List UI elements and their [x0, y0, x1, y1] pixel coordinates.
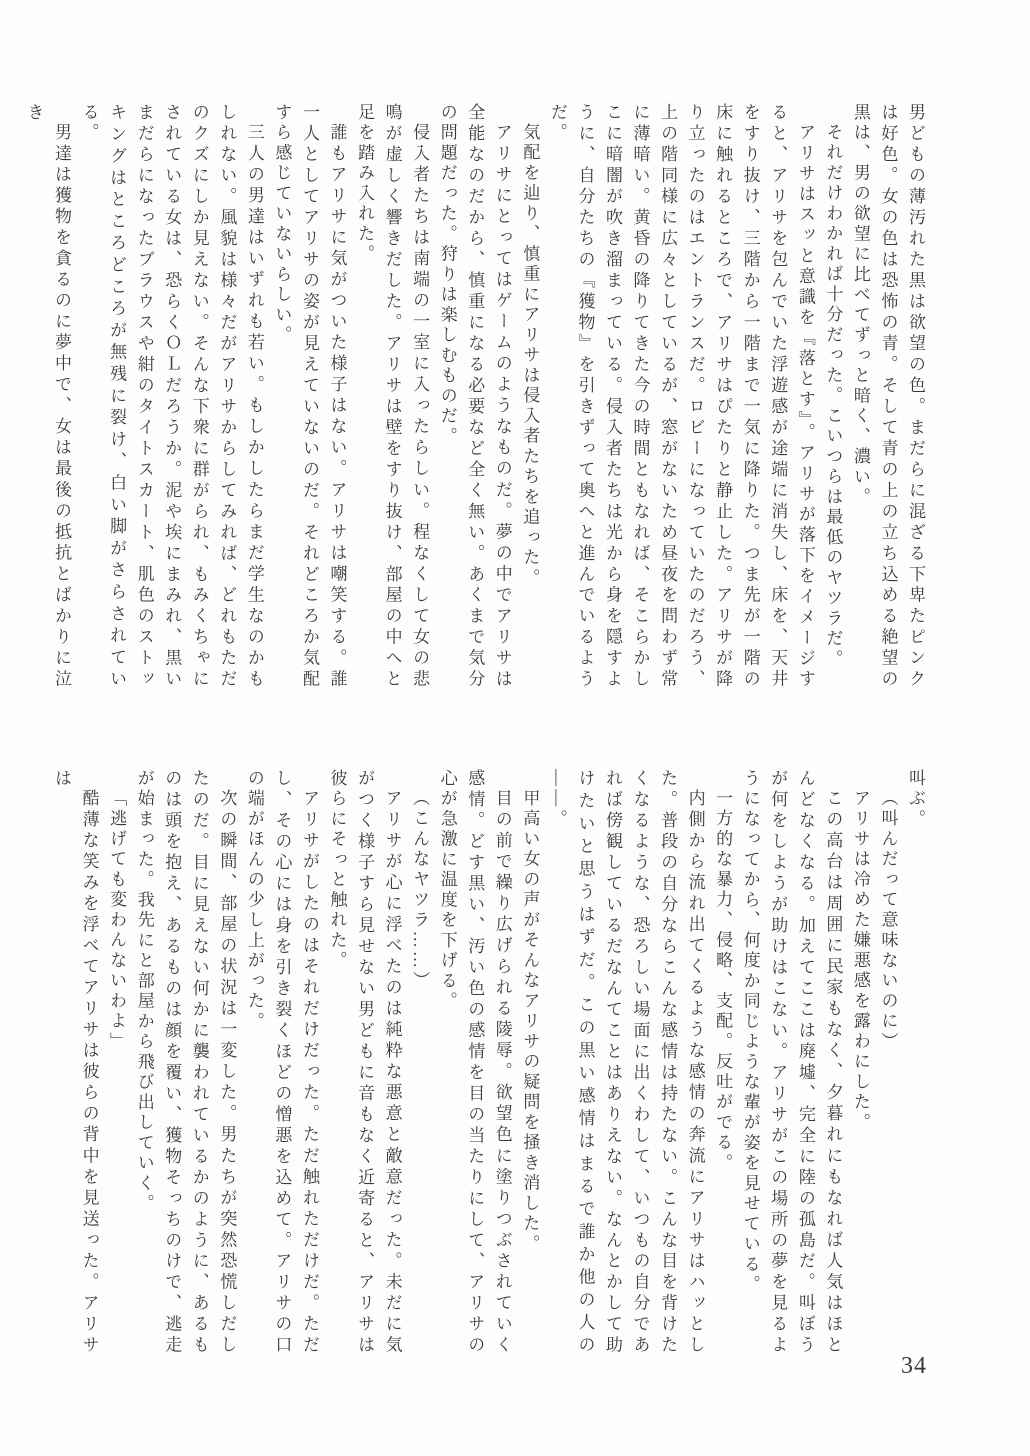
paragraph: 気配を辿り、慎重にアリサは侵入者たちを追った。 — [516, 103, 544, 690]
paragraph: （叫んだって意味ないのに） — [874, 769, 902, 1356]
paragraph: 男どもの薄汚れた黒は欲望の色。まだらに混ざる下卑たピンクは好色。女の色は恐怖の青… — [846, 103, 929, 690]
paragraph: それだけわかれば十分だった。こいつらは最低のヤツラだ。 — [819, 103, 847, 690]
paragraph: アリサにとってはゲームのようなものだ。夢の中でアリサは全能なのだから、慎重になる… — [433, 103, 516, 690]
lower-text-block: 叫ぶ。（叫んだって意味ないのに）アリサは冷めた嫌悪感を露わにした。この高台は周囲… — [97, 769, 929, 1356]
document-page: 男どもの薄汚れた黒は欲望の色。まだらに混ざる下卑たピンクは好色。女の色は恐怖の青… — [0, 0, 1030, 1456]
paragraph: 目の前で繰り広げられる陵辱。欲望色に塗りつぶされていく感情。どす黒い、汚い色の感… — [433, 769, 516, 1356]
paragraph: 一方的な暴力、侵略、支配。反吐がでる。 — [709, 769, 737, 1356]
paragraph: 内側から流れ出てくるような感情の奔流にアリサはハッとした。普段の自分ならこんな感… — [543, 769, 708, 1356]
paragraph: 次の瞬間、部屋の状況は一変した。男たちが突然恐慌しだしたのだ。目に見えない何かに… — [130, 769, 240, 1356]
paragraph: この高台は周囲に民家もなく、夕暮れにもなれば人気はほとんどなくなる。加えてここは… — [736, 769, 846, 1356]
paragraph: 三人の男達はいずれも若い。もしかしたらまだ学生なのかもしれない。風貌は様々だがア… — [75, 103, 268, 690]
paragraph: 侵入者たちは南端の一室に入ったらしい。程なくして女の悲鳴が虚しく響きだした。アリ… — [351, 103, 434, 690]
paragraph: 誰もアリサに気がついた様子はない。アリサは嘲笑する。誰一人としてアリサの姿が見え… — [268, 103, 351, 690]
paragraph: 甲高い女の声がそんなアリサの疑問を掻き消した。 — [516, 769, 544, 1356]
paragraph: アリサが心に浮べたのは純粋な悪意と敵意だった。未だに気がつく様子すら見せない男ど… — [323, 769, 406, 1356]
upper-text-block: 男どもの薄汚れた黒は欲望の色。まだらに混ざる下卑たピンクは好色。女の色は恐怖の青… — [97, 103, 929, 690]
paragraph: 叫ぶ。 — [901, 769, 929, 1356]
paragraph: 男達は獲物を貪るのに夢中で、女は最後の抵抗とばかりに泣き — [20, 103, 75, 690]
paragraph: 「逃げても変わんないわよ」 — [103, 769, 131, 1356]
paragraph: アリサがしたのはそれだけだった。ただ触れただけだ。ただし、その心には身を引き裂く… — [240, 769, 323, 1356]
paragraph: 酷薄な笑みを浮べてアリサは彼らの背中を見送った。アリサは — [48, 769, 103, 1356]
paragraph: アリサは冷めた嫌悪感を露わにした。 — [846, 769, 874, 1356]
paragraph: アリサはスッと意識を『落とす』。アリサが落下をイメージすると、アリサを包んでいた… — [543, 103, 818, 690]
paragraph: （こんなヤツラ……） — [406, 769, 434, 1356]
page-number: 34 — [901, 1353, 927, 1380]
